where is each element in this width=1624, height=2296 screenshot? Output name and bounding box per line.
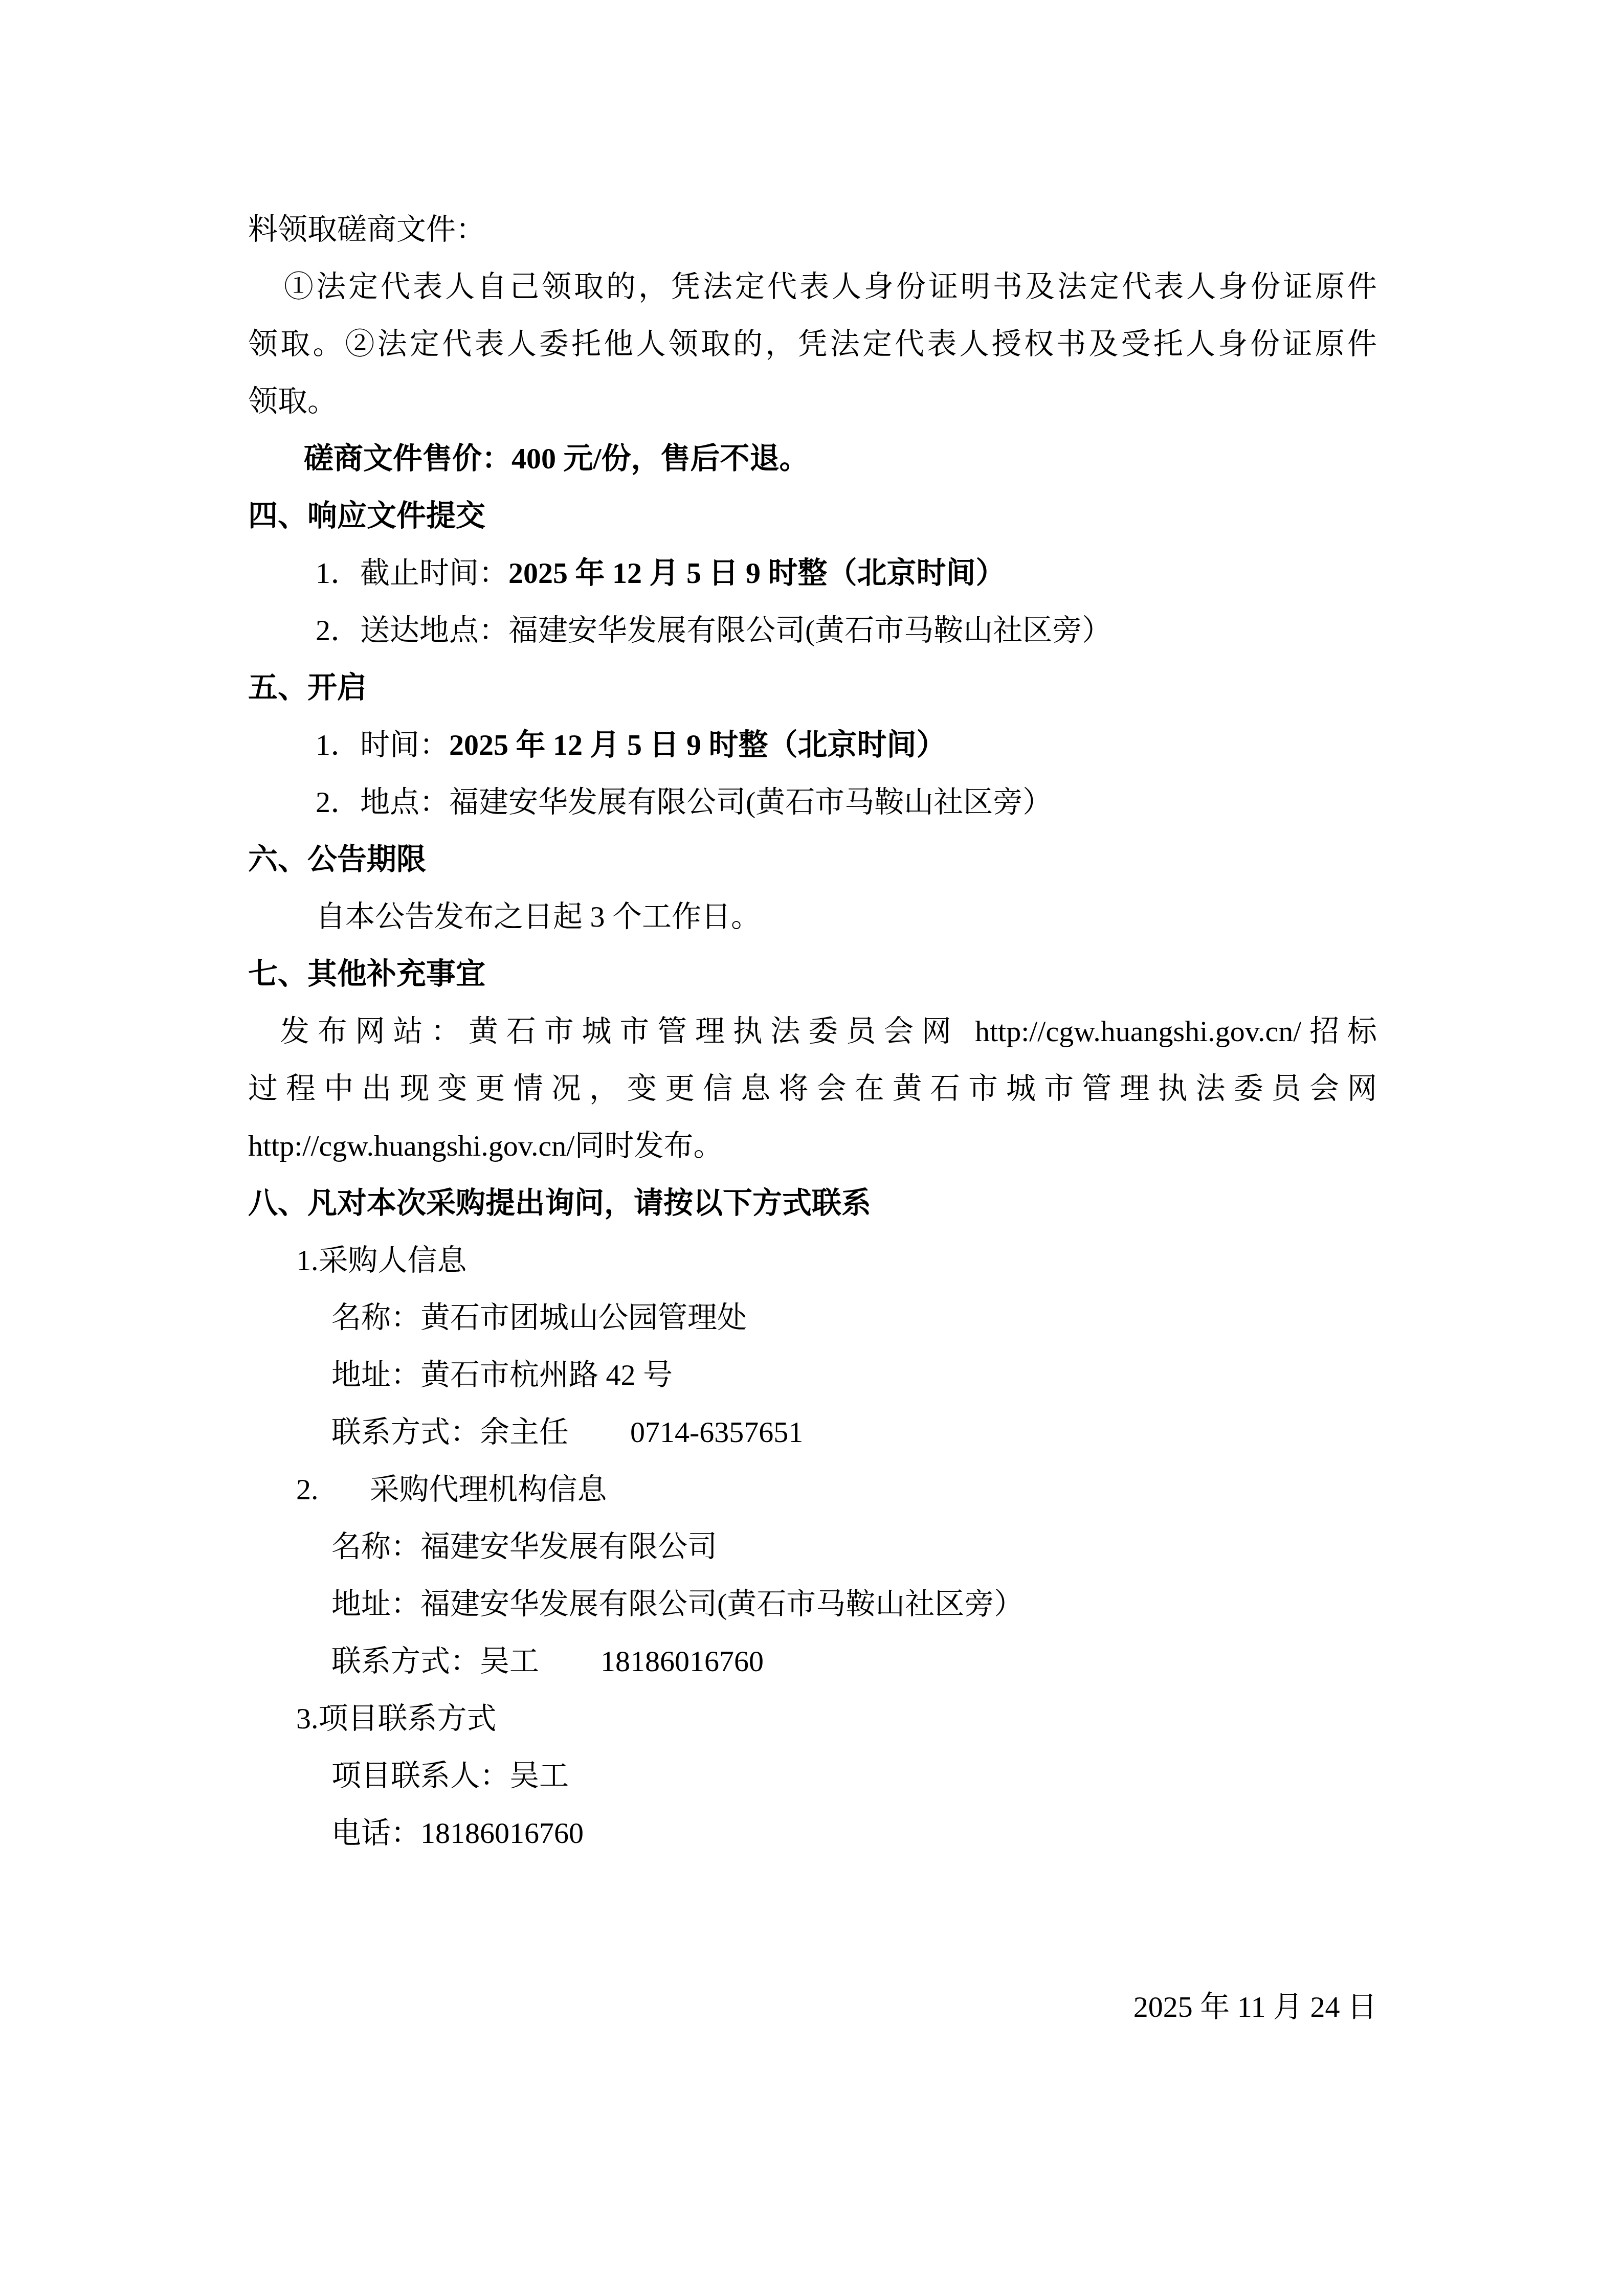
project-contact-person-line: 项目联系人：吴工 (248, 1747, 1377, 1805)
intro-clause-3: 领取。 (248, 373, 1377, 430)
section-four-heading: 四、响应文件提交 (248, 487, 1377, 545)
opening-time-line: 1．时间：2025 年 12 月 5 日 9 时整（北京时间） (248, 716, 1377, 774)
agency-info-title: 2.采购代理机构信息 (248, 1461, 1377, 1518)
opening-location-line: 2．地点：福建安华发展有限公司(黄石市马鞍山社区旁） (248, 774, 1377, 831)
document-price-line: 磋商文件售价：400 元/份，售后不退。 (248, 430, 1377, 487)
opening-time-label: 1．时间： (316, 728, 449, 761)
project-contact-phone-line: 电话：18186016760 (248, 1805, 1377, 1862)
project-contact-title: 3.项目联系方式 (248, 1690, 1377, 1747)
document-date: 2025 年 11 月 24 日 (248, 1978, 1377, 2036)
submission-location-line: 2．送达地点：福建安华发展有限公司(黄石市马鞍山社区旁） (248, 602, 1377, 659)
section-eight-heading: 八、凡对本次采购提出询问，请按以下方式联系 (248, 1175, 1377, 1232)
agency-name-line: 名称：福建安华发展有限公司 (248, 1518, 1377, 1575)
publish-website-line-3: http://cgw.huangshi.gov.cn/同时发布。 (248, 1117, 1377, 1175)
agency-info-title-text: 采购代理机构信息 (370, 1473, 607, 1506)
publish-website-line-2: 过程中出现变更情况，变更信息将会在黄石市城市管理执法委员会网 (248, 1060, 1377, 1117)
publish-website-line-1: 发布网站：黄石市城市管理执法委员会网 http://cgw.huangshi.g… (248, 1003, 1377, 1060)
agency-contact-line: 联系方式：吴工18186016760 (248, 1633, 1377, 1690)
purchaser-info-title: 1.采购人信息 (248, 1232, 1377, 1289)
submission-deadline-label: 1．截止时间： (316, 556, 508, 590)
agency-info-number: 2. (296, 1473, 319, 1506)
agency-contact-phone: 18186016760 (600, 1645, 764, 1678)
submission-deadline-line: 1．截止时间：2025 年 12 月 5 日 9 时整（北京时间） (248, 545, 1377, 602)
purchaser-contact-label: 联系方式：余主任 (331, 1415, 569, 1449)
announcement-period-line: 自本公告发布之日起 3 个工作日。 (248, 888, 1377, 946)
intro-clause-1: ①法定代表人自己领取的，凭法定代表人身份证明书及法定代表人身份证原件 (248, 258, 1377, 316)
section-five-heading: 五、开启 (248, 659, 1377, 716)
purchaser-contact-phone: 0714-6357651 (630, 1415, 803, 1449)
intro-clause-2: 领取。②法定代表人委托他人领取的，凭法定代表人授权书及受托人身份证原件 (248, 316, 1377, 373)
document-page: { "doc": { "intro": { "opening": "料领取磋商文… (0, 0, 1624, 2296)
opening-time-value: 2025 年 12 月 5 日 9 时整（北京时间） (449, 728, 946, 761)
agency-address-line: 地址：福建安华发展有限公司(黄石市马鞍山社区旁） (248, 1575, 1377, 1633)
submission-deadline-value: 2025 年 12 月 5 日 9 时整（北京时间） (508, 556, 1006, 590)
purchaser-contact-line: 联系方式：余主任0714-6357651 (248, 1404, 1377, 1461)
intro-opening: 料领取磋商文件： (248, 201, 1377, 258)
section-seven-heading: 七、其他补充事宜 (248, 946, 1377, 1003)
announcement-document: 料领取磋商文件： ①法定代表人自己领取的，凭法定代表人身份证明书及法定代表人身份… (0, 0, 1624, 2036)
section-six-heading: 六、公告期限 (248, 831, 1377, 888)
agency-contact-label: 联系方式：吴工 (331, 1645, 539, 1678)
purchaser-address-line: 地址：黄石市杭州路 42 号 (248, 1346, 1377, 1404)
purchaser-name-line: 名称：黄石市团城山公园管理处 (248, 1289, 1377, 1346)
